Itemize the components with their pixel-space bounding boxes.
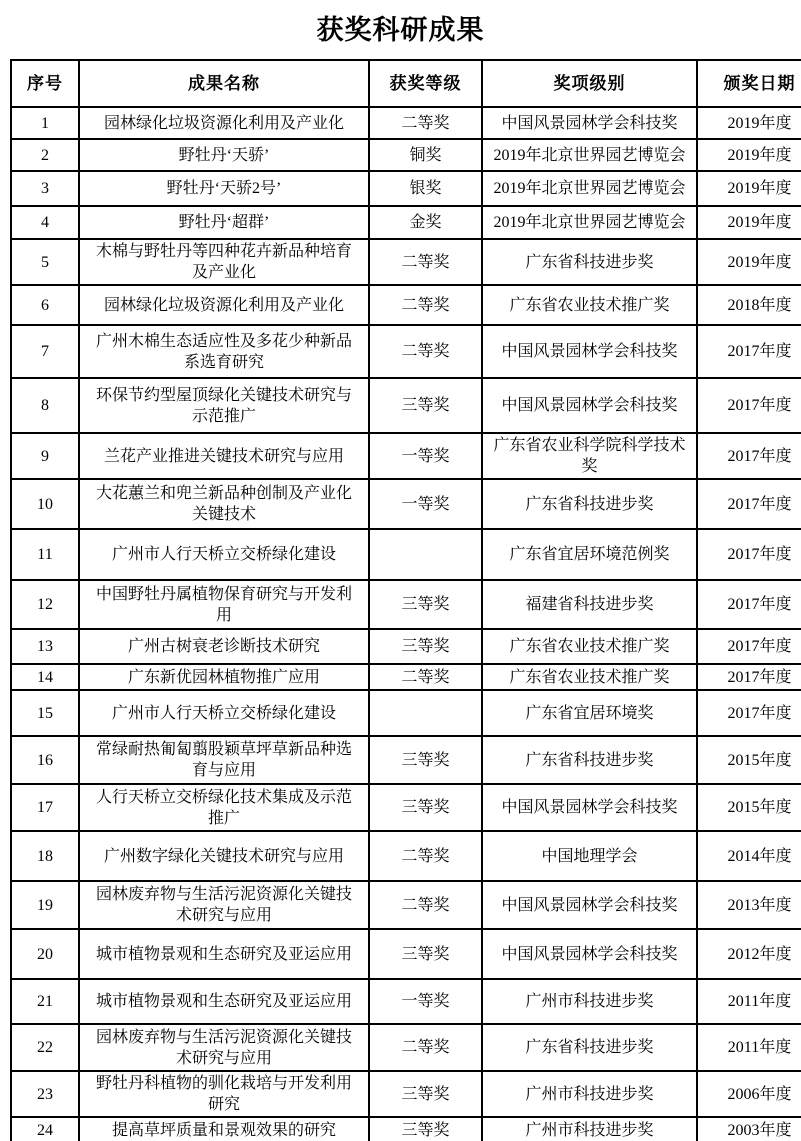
cell-level: 二等奖 [369, 285, 482, 325]
cell-no: 13 [11, 629, 79, 664]
cell-no: 8 [11, 378, 79, 433]
cell-date: 2019年度 [697, 206, 801, 239]
cell-name: 兰花产业推进关键技术研究与应用 [79, 433, 369, 479]
cell-name: 野牡丹‘天骄2号’ [79, 171, 369, 206]
cell-name: 园林绿化垃圾资源化利用及产业化 [79, 107, 369, 139]
table-row: 17人行天桥立交桥绿化技术集成及示范推广三等奖中国风景园林学会科技奖2015年度 [11, 784, 801, 831]
cell-no: 4 [11, 206, 79, 239]
cell-category: 中国风景园林学会科技奖 [482, 881, 697, 929]
cell-name: 城市植物景观和生态研究及亚运应用 [79, 979, 369, 1024]
cell-level: 二等奖 [369, 107, 482, 139]
cell-date: 2015年度 [697, 736, 801, 784]
cell-date: 2017年度 [697, 479, 801, 529]
cell-category: 广东省科技进步奖 [482, 1024, 697, 1071]
cell-no: 20 [11, 929, 79, 979]
table-body: 1园林绿化垃圾资源化利用及产业化二等奖中国风景园林学会科技奖2019年度2野牡丹… [11, 107, 801, 1141]
cell-name: 人行天桥立交桥绿化技术集成及示范推广 [79, 784, 369, 831]
cell-category: 广州市科技进步奖 [482, 1117, 697, 1141]
page-title: 获奖科研成果 [0, 0, 801, 59]
cell-date: 2019年度 [697, 171, 801, 206]
cell-level: 一等奖 [369, 979, 482, 1024]
cell-no: 18 [11, 831, 79, 881]
cell-name: 中国野牡丹属植物保育研究与开发利用 [79, 580, 369, 629]
cell-category: 广东省农业技术推广奖 [482, 285, 697, 325]
cell-name: 常绿耐热匍匐翦股颖草坪草新品种选育与应用 [79, 736, 369, 784]
table-header: 序号成果名称获奖等级奖项级别颁奖日期 [11, 60, 801, 107]
cell-no: 2 [11, 139, 79, 171]
cell-no: 5 [11, 239, 79, 285]
cell-level: 一等奖 [369, 433, 482, 479]
cell-date: 2014年度 [697, 831, 801, 881]
cell-category: 广东省农业技术推广奖 [482, 629, 697, 664]
cell-level: 二等奖 [369, 881, 482, 929]
table-row: 19园林废弃物与生活污泥资源化关键技术研究与应用二等奖中国风景园林学会科技奖20… [11, 881, 801, 929]
cell-name: 木棉与野牡丹等四种花卉新品种培育及产业化 [79, 239, 369, 285]
cell-category: 广东省科技进步奖 [482, 736, 697, 784]
cell-date: 2019年度 [697, 107, 801, 139]
cell-level: 铜奖 [369, 139, 482, 171]
cell-category: 中国风景园林学会科技奖 [482, 378, 697, 433]
cell-no: 23 [11, 1071, 79, 1117]
cell-no: 15 [11, 690, 79, 736]
cell-category: 广东省宜居环境奖 [482, 690, 697, 736]
cell-level: 二等奖 [369, 1024, 482, 1071]
cell-category: 广东省宜居环境范例奖 [482, 529, 697, 580]
cell-no: 14 [11, 664, 79, 690]
cell-category: 2019年北京世界园艺博览会 [482, 139, 697, 171]
table-row: 4野牡丹‘超群’金奖2019年北京世界园艺博览会2019年度 [11, 206, 801, 239]
cell-no: 11 [11, 529, 79, 580]
table-row: 23野牡丹科植物的驯化栽培与开发利用研究三等奖广州市科技进步奖2006年度 [11, 1071, 801, 1117]
cell-no: 7 [11, 325, 79, 378]
cell-name: 广东新优园林植物推广应用 [79, 664, 369, 690]
cell-date: 2015年度 [697, 784, 801, 831]
cell-category: 2019年北京世界园艺博览会 [482, 171, 697, 206]
cell-no: 10 [11, 479, 79, 529]
cell-category: 广东省科技进步奖 [482, 239, 697, 285]
cell-level: 三等奖 [369, 784, 482, 831]
cell-level [369, 690, 482, 736]
cell-level: 二等奖 [369, 325, 482, 378]
cell-name: 广州古树衰老诊断技术研究 [79, 629, 369, 664]
cell-date: 2017年度 [697, 325, 801, 378]
table-row: 20城市植物景观和生态研究及亚运应用三等奖中国风景园林学会科技奖2012年度 [11, 929, 801, 979]
table-row: 22园林废弃物与生活污泥资源化关键技术研究与应用二等奖广东省科技进步奖2011年… [11, 1024, 801, 1071]
cell-level: 二等奖 [369, 831, 482, 881]
cell-no: 19 [11, 881, 79, 929]
cell-no: 1 [11, 107, 79, 139]
cell-no: 9 [11, 433, 79, 479]
cell-name: 园林绿化垃圾资源化利用及产业化 [79, 285, 369, 325]
table-row: 9兰花产业推进关键技术研究与应用一等奖广东省农业科学院科学技术奖2017年度 [11, 433, 801, 479]
cell-no: 16 [11, 736, 79, 784]
cell-date: 2003年度 [697, 1117, 801, 1141]
awards-table: 序号成果名称获奖等级奖项级别颁奖日期 1园林绿化垃圾资源化利用及产业化二等奖中国… [10, 59, 801, 1141]
table-row: 13广州古树衰老诊断技术研究三等奖广东省农业技术推广奖2017年度 [11, 629, 801, 664]
cell-name: 提高草坪质量和景观效果的研究 [79, 1117, 369, 1141]
cell-date: 2011年度 [697, 1024, 801, 1071]
cell-level: 三等奖 [369, 929, 482, 979]
cell-name: 城市植物景观和生态研究及亚运应用 [79, 929, 369, 979]
header-cell-no: 序号 [11, 60, 79, 107]
header-cell-category: 奖项级别 [482, 60, 697, 107]
cell-category: 中国地理学会 [482, 831, 697, 881]
table-row: 8环保节约型屋顶绿化关键技术研究与示范推广三等奖中国风景园林学会科技奖2017年… [11, 378, 801, 433]
cell-no: 21 [11, 979, 79, 1024]
cell-date: 2017年度 [697, 580, 801, 629]
cell-category: 中国风景园林学会科技奖 [482, 784, 697, 831]
header-cell-name: 成果名称 [79, 60, 369, 107]
cell-category: 广东省农业科学院科学技术奖 [482, 433, 697, 479]
cell-level: 三等奖 [369, 736, 482, 784]
table-row: 15广州市人行天桥立交桥绿化建设广东省宜居环境奖2017年度 [11, 690, 801, 736]
cell-date: 2019年度 [697, 239, 801, 285]
cell-name: 大花蕙兰和兜兰新品种创制及产业化关键技术 [79, 479, 369, 529]
table-row: 14广东新优园林植物推广应用二等奖广东省农业技术推广奖2017年度 [11, 664, 801, 690]
cell-name: 广州木棉生态适应性及多花少种新品系选育研究 [79, 325, 369, 378]
cell-no: 22 [11, 1024, 79, 1071]
cell-level: 银奖 [369, 171, 482, 206]
cell-date: 2006年度 [697, 1071, 801, 1117]
cell-level: 三等奖 [369, 629, 482, 664]
cell-level: 三等奖 [369, 1117, 482, 1141]
header-cell-date: 颁奖日期 [697, 60, 801, 107]
cell-category: 广州市科技进步奖 [482, 979, 697, 1024]
cell-date: 2017年度 [697, 690, 801, 736]
cell-category: 中国风景园林学会科技奖 [482, 107, 697, 139]
cell-no: 24 [11, 1117, 79, 1141]
cell-date: 2017年度 [697, 529, 801, 580]
table-row: 3野牡丹‘天骄2号’银奖2019年北京世界园艺博览会2019年度 [11, 171, 801, 206]
cell-category: 福建省科技进步奖 [482, 580, 697, 629]
table-row: 24提高草坪质量和景观效果的研究三等奖广州市科技进步奖2003年度 [11, 1117, 801, 1141]
cell-date: 2018年度 [697, 285, 801, 325]
table-row: 21城市植物景观和生态研究及亚运应用一等奖广州市科技进步奖2011年度 [11, 979, 801, 1024]
cell-name: 野牡丹科植物的驯化栽培与开发利用研究 [79, 1071, 369, 1117]
cell-name: 野牡丹‘天骄’ [79, 139, 369, 171]
table-row: 11广州市人行天桥立交桥绿化建设广东省宜居环境范例奖2017年度 [11, 529, 801, 580]
cell-level [369, 529, 482, 580]
header-row: 序号成果名称获奖等级奖项级别颁奖日期 [11, 60, 801, 107]
cell-category: 中国风景园林学会科技奖 [482, 325, 697, 378]
cell-date: 2011年度 [697, 979, 801, 1024]
cell-level: 二等奖 [369, 664, 482, 690]
header-cell-level: 获奖等级 [369, 60, 482, 107]
cell-date: 2013年度 [697, 881, 801, 929]
table-row: 10大花蕙兰和兜兰新品种创制及产业化关键技术一等奖广东省科技进步奖2017年度 [11, 479, 801, 529]
table-row: 5木棉与野牡丹等四种花卉新品种培育及产业化二等奖广东省科技进步奖2019年度 [11, 239, 801, 285]
cell-date: 2017年度 [697, 378, 801, 433]
cell-level: 三等奖 [369, 580, 482, 629]
cell-name: 环保节约型屋顶绿化关键技术研究与示范推广 [79, 378, 369, 433]
cell-date: 2019年度 [697, 139, 801, 171]
cell-date: 2017年度 [697, 433, 801, 479]
cell-category: 广州市科技进步奖 [482, 1071, 697, 1117]
cell-no: 12 [11, 580, 79, 629]
cell-category: 广东省科技进步奖 [482, 479, 697, 529]
table-row: 1园林绿化垃圾资源化利用及产业化二等奖中国风景园林学会科技奖2019年度 [11, 107, 801, 139]
cell-date: 2017年度 [697, 629, 801, 664]
table-row: 16常绿耐热匍匐翦股颖草坪草新品种选育与应用三等奖广东省科技进步奖2015年度 [11, 736, 801, 784]
table-row: 7广州木棉生态适应性及多花少种新品系选育研究二等奖中国风景园林学会科技奖2017… [11, 325, 801, 378]
cell-category: 2019年北京世界园艺博览会 [482, 206, 697, 239]
table-row: 2野牡丹‘天骄’铜奖2019年北京世界园艺博览会2019年度 [11, 139, 801, 171]
table-row: 18广州数字绿化关键技术研究与应用二等奖中国地理学会2014年度 [11, 831, 801, 881]
cell-category: 广东省农业技术推广奖 [482, 664, 697, 690]
cell-level: 三等奖 [369, 1071, 482, 1117]
cell-name: 园林废弃物与生活污泥资源化关键技术研究与应用 [79, 881, 369, 929]
cell-name: 广州市人行天桥立交桥绿化建设 [79, 529, 369, 580]
cell-name: 广州市人行天桥立交桥绿化建设 [79, 690, 369, 736]
document-page: 获奖科研成果 序号成果名称获奖等级奖项级别颁奖日期 1园林绿化垃圾资源化利用及产… [0, 0, 801, 1141]
cell-date: 2012年度 [697, 929, 801, 979]
cell-level: 三等奖 [369, 378, 482, 433]
cell-category: 中国风景园林学会科技奖 [482, 929, 697, 979]
cell-name: 园林废弃物与生活污泥资源化关键技术研究与应用 [79, 1024, 369, 1071]
table-row: 12中国野牡丹属植物保育研究与开发利用三等奖福建省科技进步奖2017年度 [11, 580, 801, 629]
cell-level: 二等奖 [369, 239, 482, 285]
cell-name: 野牡丹‘超群’ [79, 206, 369, 239]
cell-name: 广州数字绿化关键技术研究与应用 [79, 831, 369, 881]
cell-level: 一等奖 [369, 479, 482, 529]
cell-no: 3 [11, 171, 79, 206]
cell-no: 6 [11, 285, 79, 325]
cell-level: 金奖 [369, 206, 482, 239]
cell-date: 2017年度 [697, 664, 801, 690]
cell-no: 17 [11, 784, 79, 831]
table-row: 6园林绿化垃圾资源化利用及产业化二等奖广东省农业技术推广奖2018年度 [11, 285, 801, 325]
